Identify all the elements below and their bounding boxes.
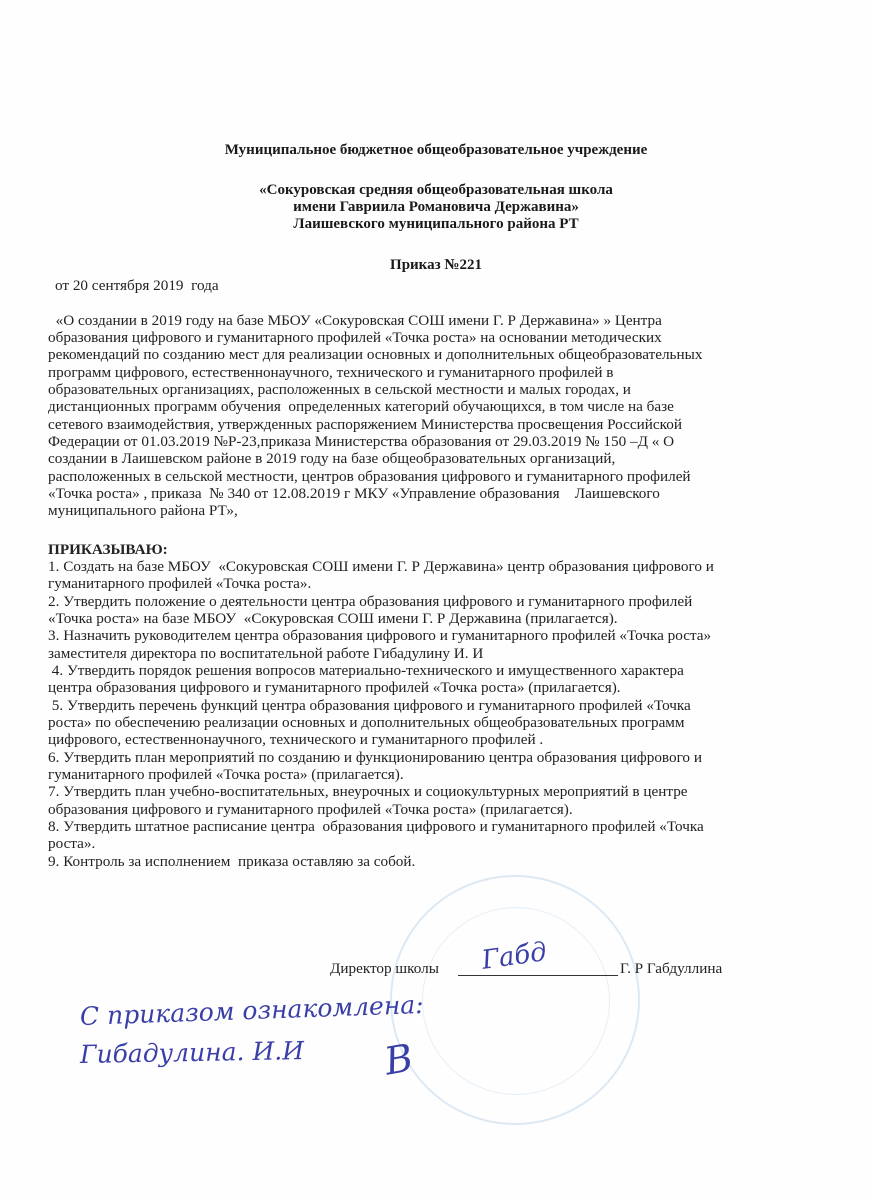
preamble-line: создании в Лаишевском районе в 2019 году… (48, 450, 615, 467)
preamble-line: Федерации от 01.03.2019 №Р-23,приказа Ми… (48, 433, 674, 450)
order-line: гуманитарного профилей «Точка роста». (48, 575, 311, 592)
district-name: Лаишевского муниципального района РТ (0, 216, 872, 233)
preamble-line: образования цифрового и гуманитарного пр… (48, 329, 662, 346)
school-name-line1: «Сокуровская средняя общеобразовательная… (0, 182, 872, 199)
order-line: заместителя директора по воспитательной … (48, 645, 483, 662)
preamble-line: дистанционных программ обучения определе… (48, 398, 674, 415)
preamble-line: муниципального района РТ», (48, 502, 238, 519)
order-line: 8. Утвердить штатное расписание центра о… (48, 818, 704, 835)
order-line: гуманитарного профилей «Точка роста» (пр… (48, 766, 404, 783)
acknowledgement-line1: С приказом ознакомлена: (79, 990, 424, 1031)
order-line: центра образования цифрового и гуманитар… (48, 679, 621, 696)
preamble-line: «О создании в 2019 году на базе МБОУ «Со… (48, 312, 662, 329)
order-date: от 20 сентября 2019 года (55, 277, 219, 294)
order-line: 2. Утвердить положение о деятельности це… (48, 593, 692, 610)
preamble-line: образовательных организациях, расположен… (48, 381, 631, 398)
signature-line (458, 975, 618, 976)
order-line: роста». (48, 835, 95, 852)
order-title: Приказ №221 (0, 257, 872, 274)
order-line: роста» по обеспечению реализации основны… (48, 714, 685, 731)
preamble-line: «Точка роста» , приказа № 340 от 12.08.2… (48, 485, 660, 502)
signature-position: Директор школы (330, 960, 439, 977)
preamble-line: программ цифрового, естественнонаучного,… (48, 364, 613, 381)
document-page: Муниципальное бюджетное общеобразователь… (0, 0, 872, 1200)
order-line: 7. Утвердить план учебно-воспитательных,… (48, 783, 688, 800)
order-line: 5. Утвердить перечень функций центра обр… (48, 697, 691, 714)
order-line: образования цифрового и гуманитарного пр… (48, 801, 573, 818)
order-line: 1. Создать на базе МБОУ «Сокуровская СОШ… (48, 558, 714, 575)
preamble-line: рекомендаций по созданию мест для реализ… (48, 346, 702, 363)
order-line: цифрового, естественнонаучного, техничес… (48, 731, 543, 748)
order-line: 9. Контроль за исполнением приказа остав… (48, 853, 415, 870)
acknowledgement-line2: Гибадулина. И.И (80, 1036, 304, 1069)
preamble-line: сетевого взаимодействия, утвержденных ра… (48, 416, 682, 433)
official-stamp (390, 875, 640, 1125)
signature-name: Г. Р Габдуллина (620, 960, 722, 977)
institution-type: Муниципальное бюджетное общеобразователь… (0, 142, 872, 159)
preamble-line: расположенных в сельской местности, цент… (48, 468, 691, 485)
order-line: «Точка роста» на базе МБОУ «Сокуровская … (48, 610, 618, 627)
order-heading: ПРИКАЗЫВАЮ: (48, 541, 168, 558)
stamp-inner-ring (422, 907, 610, 1095)
order-line: 4. Утвердить порядок решения вопросов ма… (48, 662, 684, 679)
order-line: 3. Назначить руководителем центра образо… (48, 627, 711, 644)
order-line: 6. Утвердить план мероприятий по создани… (48, 749, 702, 766)
school-name-line2: имени Гавриила Романовича Державина» (0, 199, 872, 216)
